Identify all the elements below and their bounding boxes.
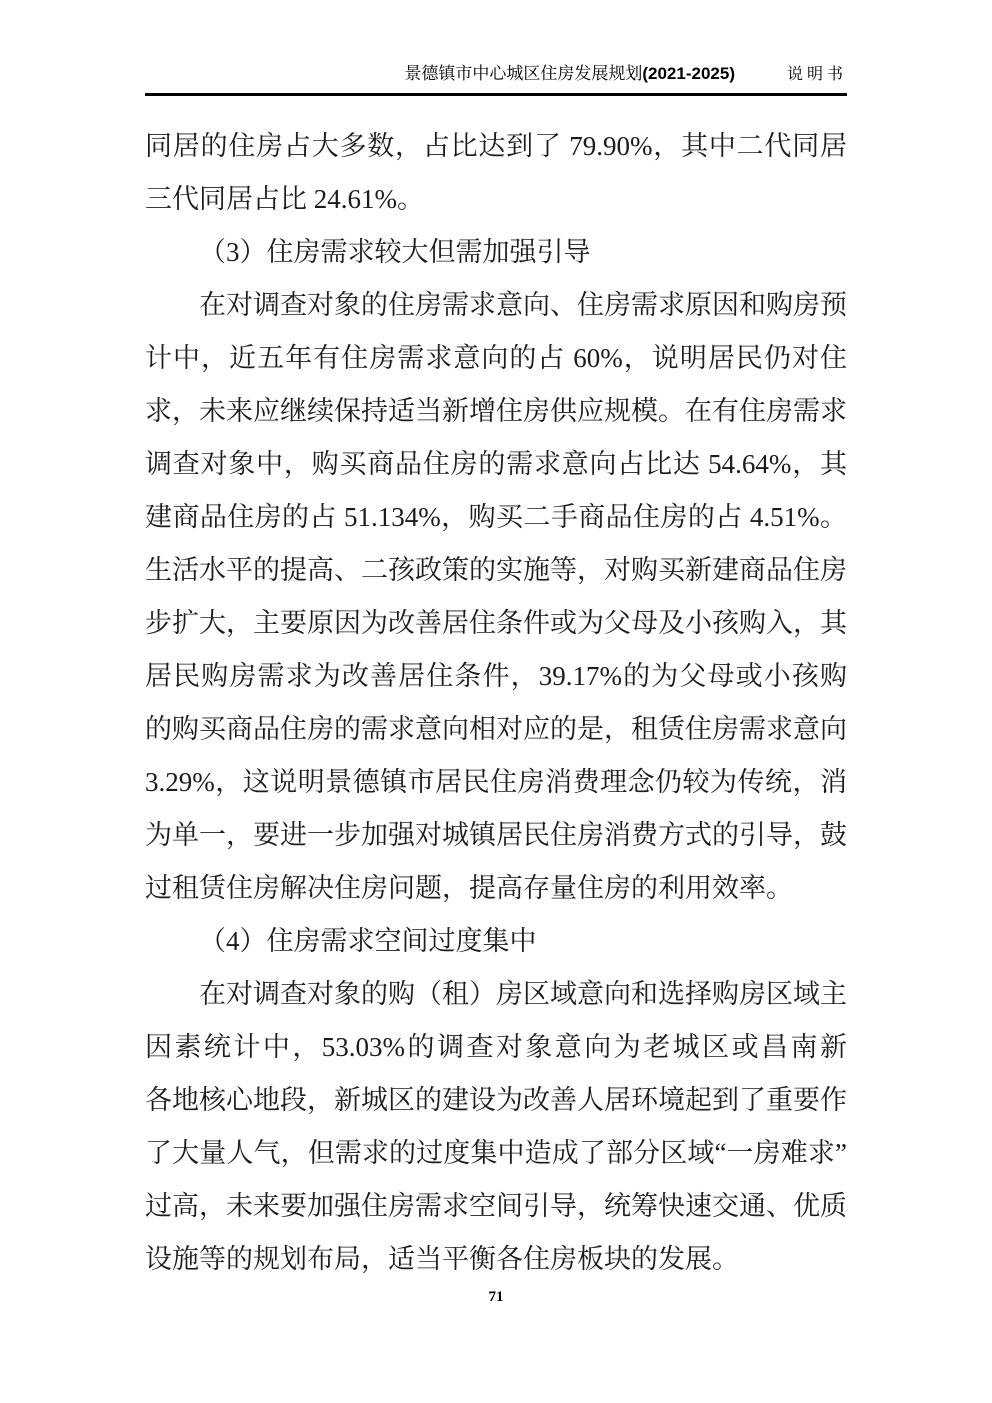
- text-line: 计中，近五年有住房需求意向的占 60%，说明居民仍对住房有较大需: [145, 332, 847, 385]
- text-line: 生活水平的提高、二孩政策的实施等，对购买新建商品住房的需求逐: [145, 544, 847, 597]
- document-page: 景德镇市中心城区住房发展规划(2021-2025) 说明书 同居的住房占大多数，…: [0, 0, 992, 1403]
- text-line: 3.29%，这说明景德镇市居民住房消费理念仍较为传统，消费方式较: [145, 756, 847, 809]
- header-title-text: 景德镇市中心城区住房发展规划: [404, 64, 642, 83]
- page-header: 景德镇市中心城区住房发展规划(2021-2025) 说明书: [145, 62, 847, 96]
- text-line: 步扩大，主要原因为改善居住条件或为父母及小孩购入，其中 57.19%: [145, 597, 847, 650]
- text-line: 居民购房需求为改善居住条件，39.17%的为父母或小孩购入。与居高: [145, 650, 847, 703]
- text-line: 各地核心地段，新城区的建设为改善人居环境起到了重要作用，集聚: [145, 1074, 847, 1127]
- header-title: 景德镇市中心城区住房发展规划(2021-2025): [404, 62, 735, 86]
- text-line: 调查对象中，购买商品住房的需求意向占比达 54.64%，其中购买新: [145, 438, 847, 491]
- text-line: 因素统计中，53.03%的调查对象意向为老城区或昌南新区，基本位于: [145, 1021, 847, 1074]
- header-doc-type: 说明书: [787, 63, 847, 87]
- text-line: 了大量人气，但需求的过度集中造成了部分区域“一房难求”和房价: [145, 1127, 847, 1180]
- text-line: （3）住房需求较大但需加强引导: [145, 226, 847, 279]
- document-body: 同居的住房占大多数，占比达到了 79.90%，其中二代同居占比 55.29%，三…: [145, 120, 847, 1286]
- text-line: 过高，未来要加强住房需求空间引导，统筹快速交通、优质基础教育: [145, 1180, 847, 1233]
- text-line: 建商品住房的占 51.134%，购买二手商品住房的占 4.51%。随着居民: [145, 491, 847, 544]
- text-line: 求，未来应继续保持适当新增住房供应规模。在有住房需求意向的被: [145, 385, 847, 438]
- text-line: 在对调查对象的购（租）房区域意向和选择购房区域主要考虑的: [145, 968, 847, 1021]
- text-line: 设施等的规划布局，适当平衡各住房板块的发展。: [145, 1233, 847, 1286]
- text-line: 同居的住房占大多数，占比达到了 79.90%，其中二代同居占比 55.29%，: [145, 120, 847, 173]
- page-number: 71: [145, 1286, 847, 1308]
- text-line: 的购买商品住房的需求意向相对应的是，租赁住房需求意向仅占: [145, 703, 847, 756]
- header-title-year: (2021-2025): [642, 64, 735, 83]
- text-line: 三代同居占比 24.61%。: [145, 173, 847, 226]
- text-line: （4）住房需求空间过度集中: [145, 915, 847, 968]
- text-line: 为单一，要进一步加强对城镇居民住房消费方式的引导，鼓励居民通: [145, 809, 847, 862]
- text-line: 在对调查对象的住房需求意向、住房需求原因和购房预计时间统: [145, 279, 847, 332]
- text-line: 过租赁住房解决住房问题，提高存量住房的利用效率。: [145, 862, 847, 915]
